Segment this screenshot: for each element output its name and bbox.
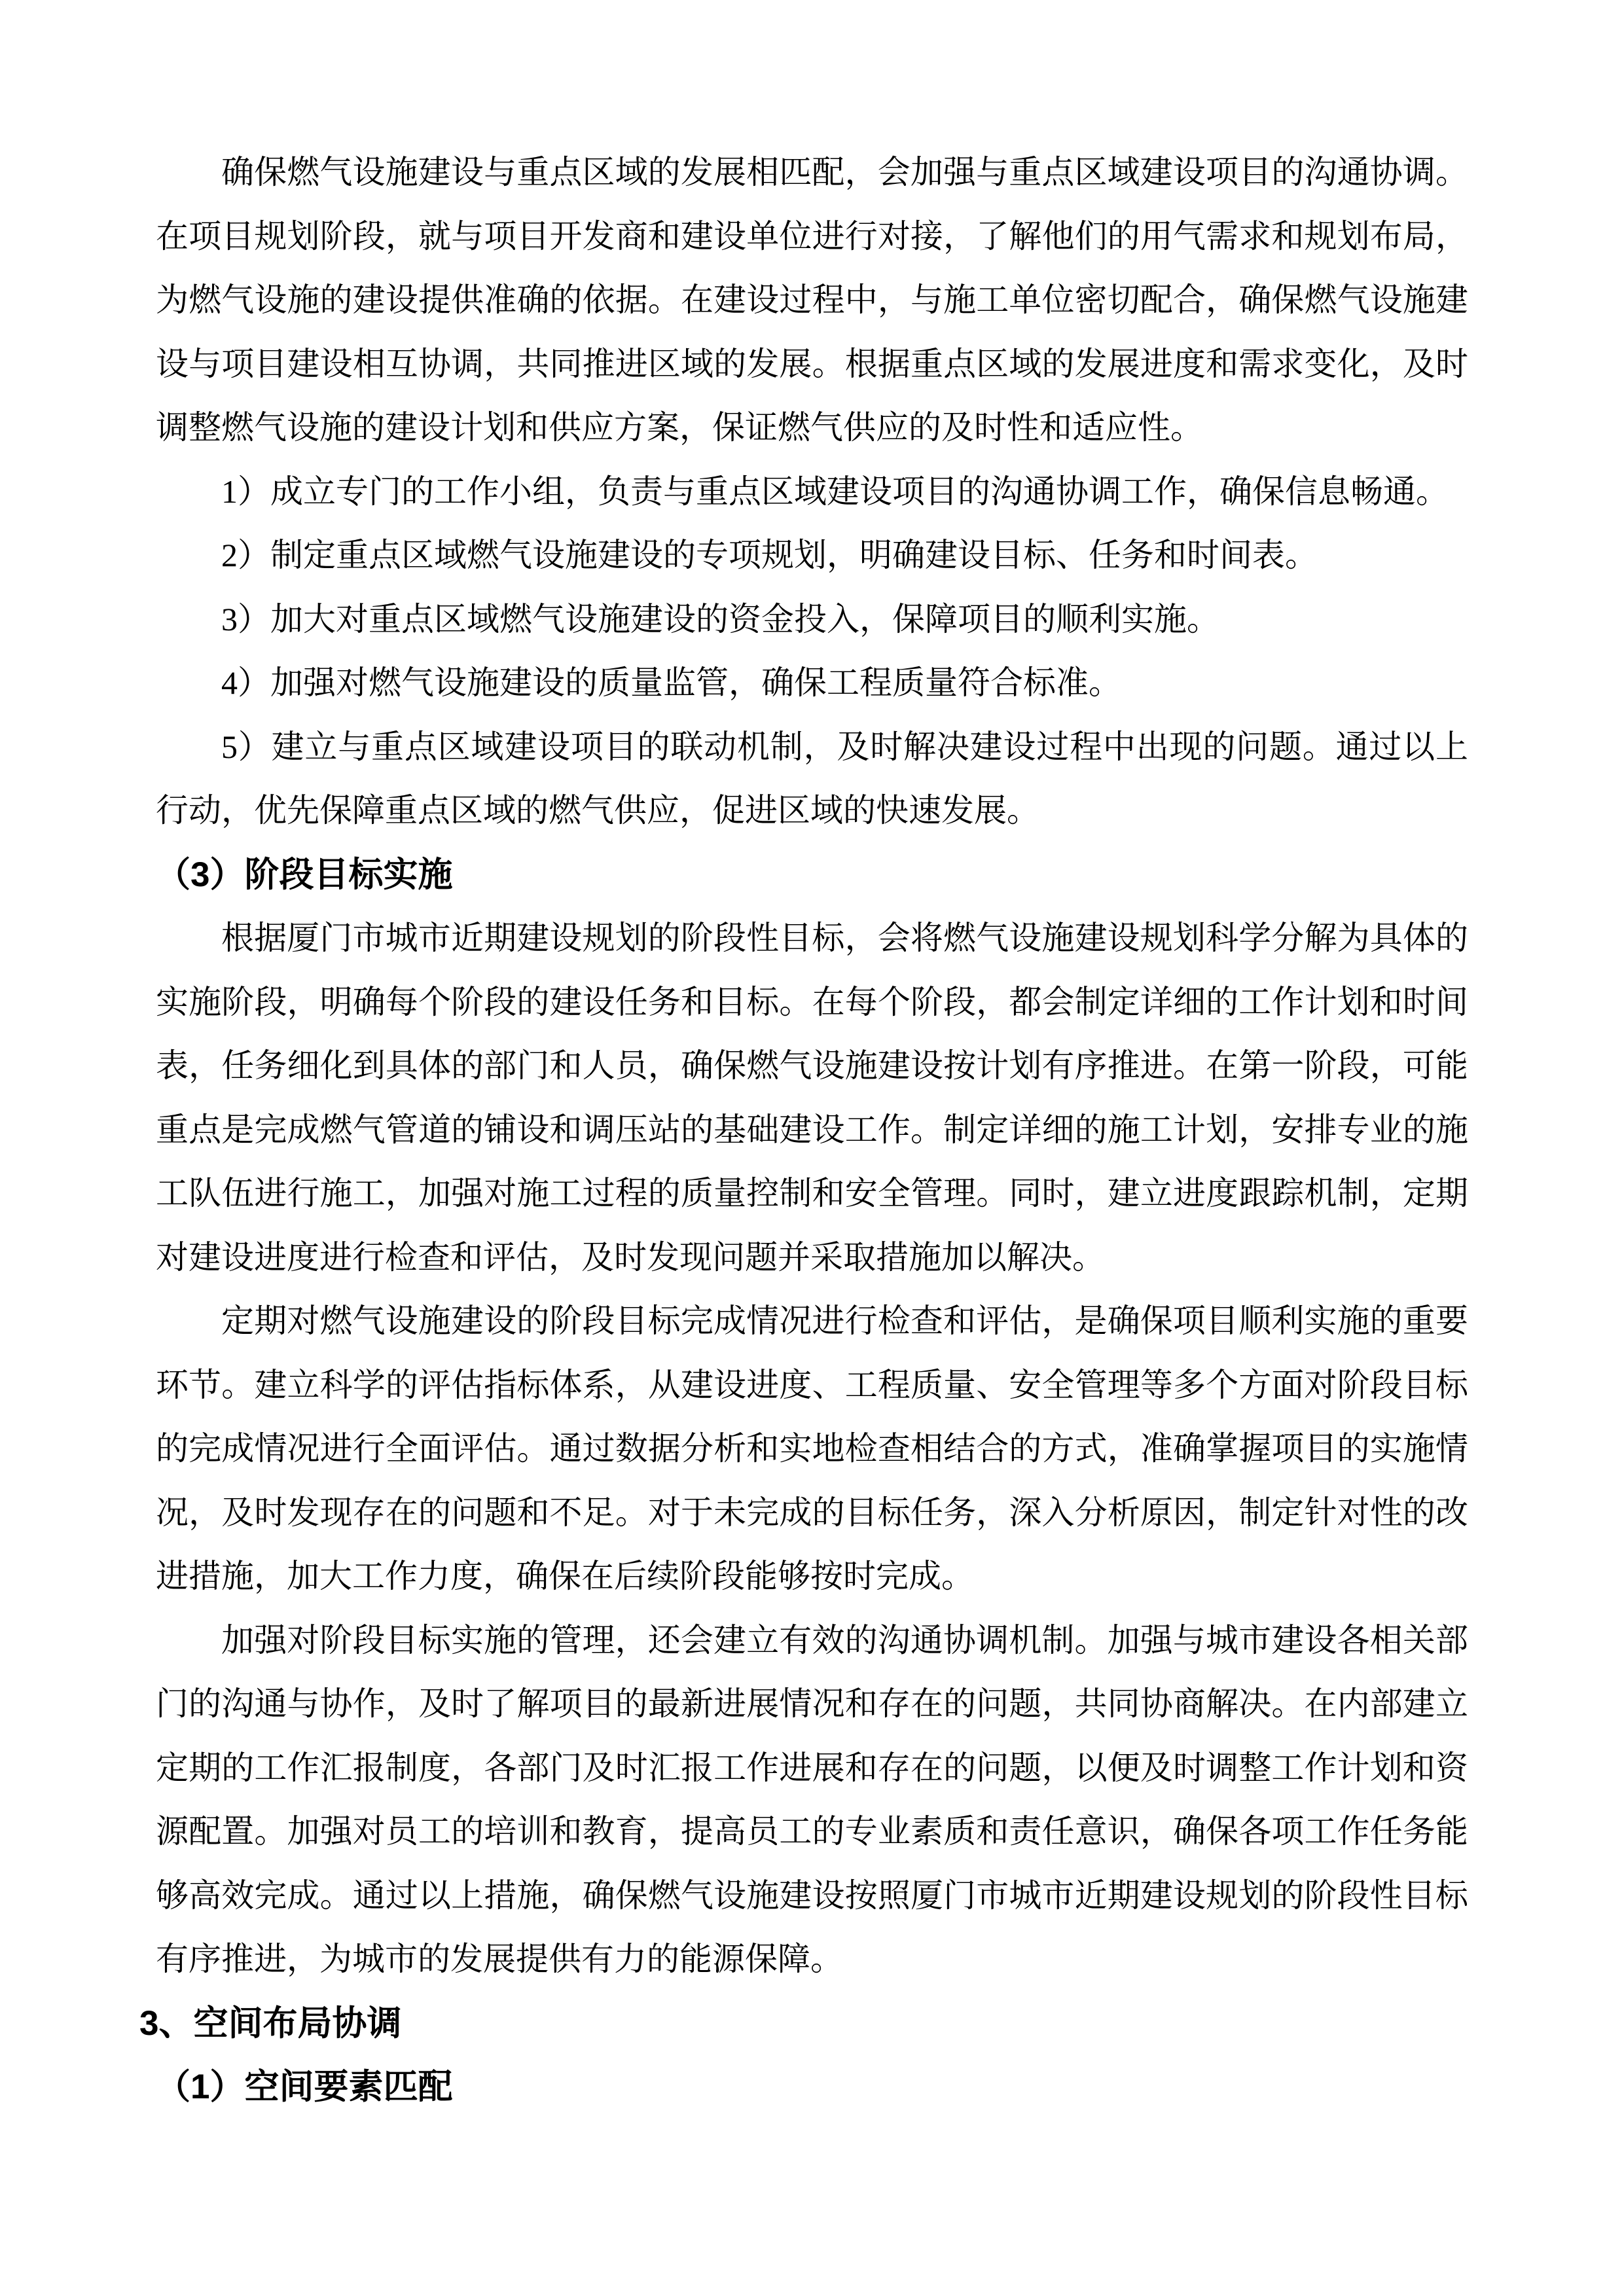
heading-spatial-elements-match: （1）空间要素匹配 [156,2055,1468,2119]
paragraph-periodic-evaluation: 定期对燃气设施建设的阶段目标完成情况进行检查和评估，是确保项目顺利实施的重要环节… [156,1289,1468,1609]
list-item-1: 1）成立专门的工作小组，负责与重点区域建设项目的沟通协调工作，确保信息畅通。 [156,460,1468,524]
list-item-4: 4）加强对燃气设施建设的质量监管，确保工程质量符合标准。 [156,651,1468,715]
heading-stage-goal-implementation: （3）阶段目标实施 [156,843,1468,907]
list-item-2: 2）制定重点区域燃气设施建设的专项规划，明确建设目标、任务和时间表。 [156,524,1468,588]
document-page: 确保燃气设施建设与重点区域的发展相匹配，会加强与重点区域建设项目的沟通协调。在项… [0,0,1624,2296]
paragraph-region-match: 确保燃气设施建设与重点区域的发展相匹配，会加强与重点区域建设项目的沟通协调。在项… [156,141,1468,460]
paragraph-communication-management: 加强对阶段目标实施的管理，还会建立有效的沟通协调机制。加强与城市建设各相关部门的… [156,1609,1468,1992]
list-item-5: 5）建立与重点区域建设项目的联动机制，及时解决建设过程中出现的问题。通过以上行动… [156,715,1468,843]
text-content: 确保燃气设施建设与重点区域的发展相匹配，会加强与重点区域建设项目的沟通协调。在项… [156,141,1468,2119]
paragraph-stage-decomposition: 根据厦门市城市近期建设规划的阶段性目标，会将燃气设施建设规划科学分解为具体的实施… [156,906,1468,1289]
heading-spatial-layout-coordination: 3、空间布局协调 [139,1992,1468,2056]
list-item-3: 3）加大对重点区域燃气设施建设的资金投入，保障项目的顺利实施。 [156,588,1468,652]
